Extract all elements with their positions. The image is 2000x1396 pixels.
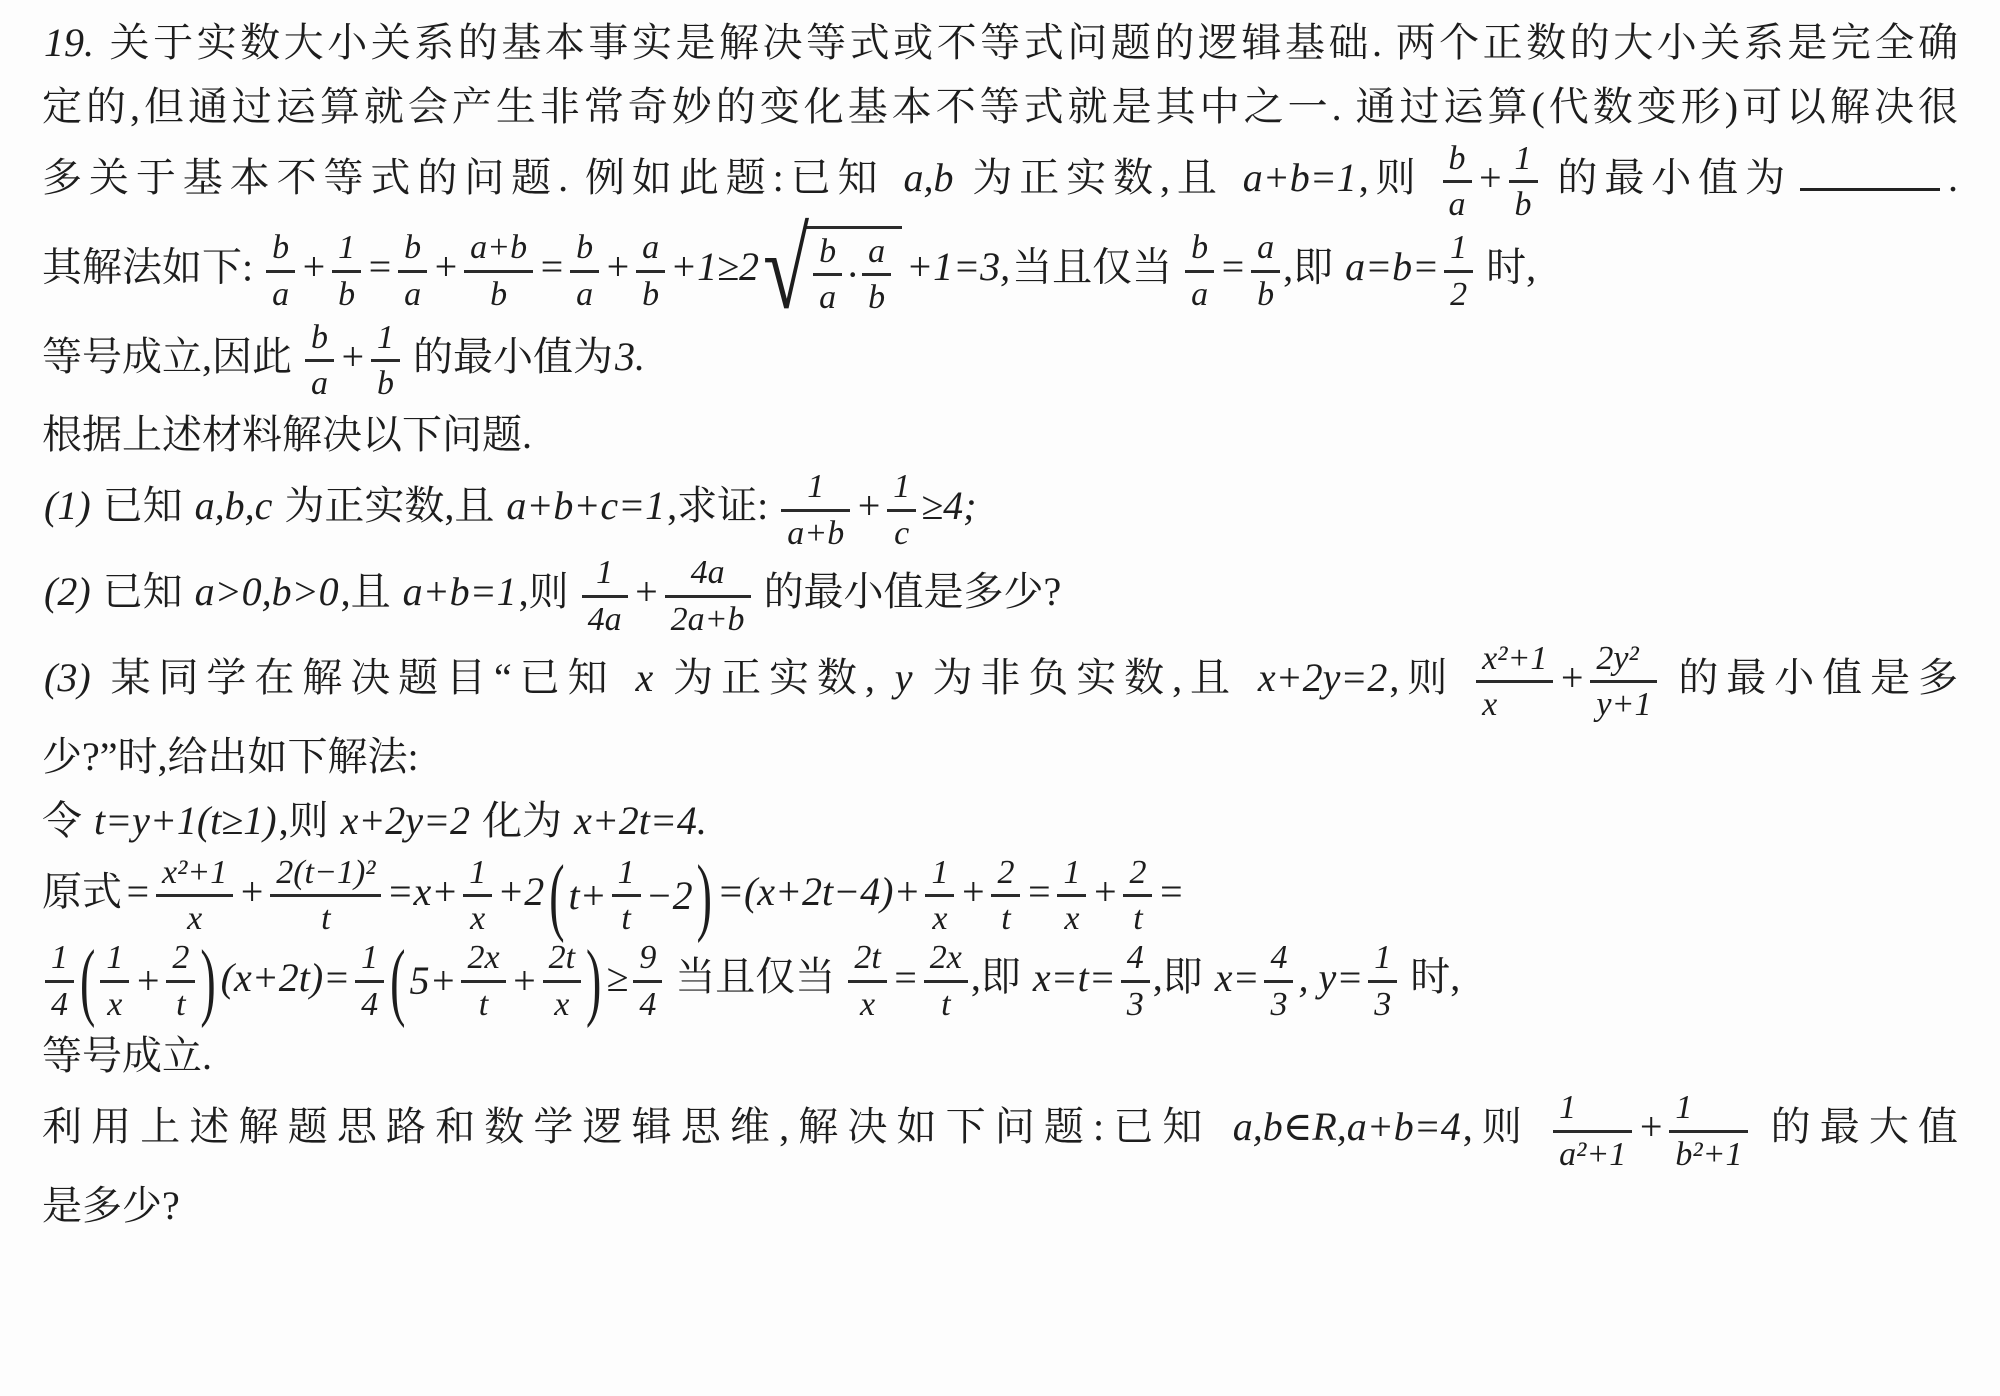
math-text: =: [122, 869, 153, 914]
math-text: +: [631, 569, 662, 614]
cjk-text: ,则: [279, 798, 339, 843]
math-text: +: [1475, 155, 1506, 200]
math-text: t=y+1(t≥1): [92, 798, 279, 843]
numerator: b: [305, 319, 334, 362]
math-text: a+b=1: [1241, 155, 1359, 200]
cjk-text: 的最小值是多: [1660, 655, 1958, 700]
numerator: 1: [332, 229, 361, 272]
numerator: a+b: [464, 229, 533, 272]
math-text: x+2y=2: [339, 798, 473, 843]
fraction: ba: [398, 229, 427, 313]
fraction: 1b: [332, 229, 361, 313]
numerator: 2: [991, 854, 1020, 897]
student-solution-line-3: 14(1x+2t)(x+2t)=14(5+2xt+2tx)≥94 当且仅当 2t…: [42, 939, 1958, 1023]
cjk-text: 为非负实数,且: [915, 655, 1256, 700]
denominator: b: [1509, 183, 1538, 223]
math-text: (x+2t)=: [219, 955, 353, 1000]
math-text: a+b=1: [401, 569, 519, 614]
fraction: 94: [633, 939, 662, 1023]
math-text: , y=: [1296, 955, 1365, 1000]
denominator: 3: [1264, 983, 1293, 1023]
math-text: =x+: [384, 869, 460, 914]
cjk-text: 某同学在解决题目“已知: [93, 655, 634, 700]
denominator: t: [461, 983, 505, 1023]
numerator: 1: [1444, 229, 1473, 272]
denominator: 2: [1444, 273, 1473, 313]
open-paren-icon: (: [388, 938, 407, 1025]
cjk-text: 的最小值为: [403, 334, 613, 379]
denominator: a+b: [781, 512, 850, 552]
cjk-text: 等号成立.: [42, 1033, 212, 1078]
math-text: +: [853, 483, 884, 528]
numerator: 1: [355, 939, 384, 982]
numerator: a: [636, 229, 665, 272]
fraction: 43: [1264, 939, 1293, 1023]
numerator: 2: [166, 939, 195, 982]
square-root: √ba·ab: [763, 226, 902, 317]
cjk-text: ,则: [519, 569, 579, 614]
fraction: a+bb: [464, 229, 533, 313]
denominator: t: [1123, 897, 1152, 937]
denominator: 4: [355, 983, 384, 1023]
radical-icon: √: [763, 214, 809, 327]
math-text: +: [1635, 1104, 1666, 1149]
math-text: +: [1556, 655, 1587, 700]
cjk-text: 关于实数大小关系的基本事实是解决等式或不等式问题的逻辑基础. 两个正数的大小关系…: [96, 20, 1958, 65]
math-text: +: [337, 334, 368, 379]
math-text: +: [957, 869, 988, 914]
denominator: 4: [633, 983, 662, 1023]
fraction: ab: [862, 233, 891, 317]
cjk-text: ,即: [1283, 244, 1343, 289]
fraction: 2(t−1)²t: [270, 854, 381, 938]
math-text: x+2y=2: [1256, 655, 1390, 700]
fraction: 2t: [991, 854, 1020, 938]
fraction: ba: [813, 233, 842, 317]
cjk-text: 利用上述解题思路和数学逻辑思维,解决如下问题:已知: [42, 1104, 1231, 1149]
cjk-text: ,即: [971, 955, 1031, 1000]
numerator: 1: [887, 468, 916, 511]
numerator: b: [1185, 229, 1214, 272]
fraction: 12: [1444, 229, 1473, 313]
denominator: x: [1476, 683, 1553, 723]
numerator: 1: [100, 939, 129, 982]
fraction: 2t: [166, 939, 195, 1023]
cjk-text: 化为: [472, 798, 572, 843]
numerator: 1: [45, 939, 74, 982]
fraction: ab: [1251, 229, 1280, 313]
denominator: c: [887, 512, 916, 552]
math-text: ≥: [604, 955, 630, 1000]
fraction: 14: [355, 939, 384, 1023]
numerator: 1: [1669, 1089, 1748, 1132]
math-text: a+b+c=1: [504, 483, 667, 528]
denominator: b: [371, 362, 400, 402]
numerator: x²+1: [1476, 640, 1553, 683]
math-text: t+: [567, 865, 609, 927]
cjk-text: ,则: [1389, 655, 1473, 700]
fraction: 1b²+1: [1669, 1089, 1748, 1173]
cjk-text: 已知: [93, 483, 193, 528]
denominator: x: [925, 897, 954, 937]
cjk-text: ,即: [1153, 955, 1213, 1000]
final-question-line-1: 利用上述解题思路和数学逻辑思维,解决如下问题:已知 a,b∈R,a+b=4,则 …: [42, 1089, 1958, 1173]
cjk-text: 为正实数,且: [274, 483, 504, 528]
fraction: 2xt: [924, 939, 968, 1023]
fraction: 1c: [887, 468, 916, 552]
math-text: (1): [42, 483, 93, 528]
math-text: (3): [42, 655, 93, 700]
denominator: a: [398, 273, 427, 313]
fraction: 1b: [371, 319, 400, 403]
cjk-text: 的最小值是多少?: [754, 569, 1062, 614]
fraction: 1x: [463, 854, 492, 938]
fraction: ba: [1185, 229, 1214, 313]
math-text: =: [1217, 244, 1248, 289]
numerator: b: [266, 229, 295, 272]
answer-blank: [1800, 157, 1940, 191]
math-text: =: [536, 244, 567, 289]
final-question-line-2: 是多少?: [42, 1175, 1958, 1237]
intro-line-3-example: 多关于基本不等式的问题. 例如此题:已知 a,b 为正实数,且 a+b=1,则 …: [42, 140, 1958, 224]
fraction: 2tx: [848, 939, 886, 1023]
radicand: ba·ab: [804, 226, 902, 317]
question-3-line-2: 少?”时,给出如下解法:: [42, 726, 1958, 788]
numerator: 2(t−1)²: [270, 854, 381, 897]
fraction: 14: [45, 939, 74, 1023]
fraction: 2y²y+1: [1590, 640, 1657, 724]
math-text: x=: [1213, 955, 1262, 1000]
math-text: +: [236, 869, 267, 914]
intro-line-1: 19. 关于实数大小关系的基本事实是解决等式或不等式问题的逻辑基础. 两个正数的…: [42, 12, 1958, 74]
math-text: =(x+2t−4)+: [715, 869, 922, 914]
worked-solution-line-1: 其解法如下: ba+1b=ba+a+bb=ba+ab+1≥2√ba·ab+1=3…: [42, 226, 1958, 317]
open-paren-icon: (: [547, 852, 566, 939]
fraction: ba: [305, 319, 334, 403]
math-text: +: [298, 244, 329, 289]
denominator: x: [463, 897, 492, 937]
denominator: b: [636, 273, 665, 313]
student-solution-line-1: 令 t=y+1(t≥1),则 x+2y=2 化为 x+2t=4.: [42, 790, 1958, 852]
numerator: 1: [463, 854, 492, 897]
cjk-text: ,则: [1463, 1104, 1550, 1149]
cjk-text: 为正实数,且: [955, 155, 1240, 200]
denominator: b: [862, 276, 891, 316]
numerator: 1: [1368, 939, 1397, 982]
numerator: 2x: [924, 939, 968, 982]
denominator: x: [156, 897, 233, 937]
math-text: +: [1089, 869, 1120, 914]
math-text: 3.: [613, 334, 647, 379]
math-text: 5+: [407, 950, 458, 1012]
student-solution-line-2: 原式=x²+1x+2(t−1)²t=x+1x+2(t+1t−2)=(x+2t−4…: [42, 854, 1958, 938]
math-problem-document: 19. 关于实数大小关系的基本事实是解决等式或不等式问题的逻辑基础. 两个正数的…: [0, 0, 2000, 1396]
cjk-text: 的最小值为: [1541, 155, 1793, 200]
denominator: b: [332, 273, 361, 313]
numerator: 4a: [665, 554, 751, 597]
denominator: b: [1251, 273, 1280, 313]
cjk-text: 等号成立,因此: [42, 334, 302, 379]
fraction: 14a: [582, 554, 628, 638]
fraction: 1x: [925, 854, 954, 938]
close-paren-icon: ): [584, 938, 603, 1025]
denominator: 2a+b: [665, 598, 751, 638]
close-paren-icon: ): [198, 938, 217, 1025]
math-text: +: [602, 244, 633, 289]
question-2: (2) 已知 a>0,b>0,且 a+b=1,则 14a+4a2a+b 的最小值…: [42, 554, 1958, 638]
cjk-text: 时,: [1476, 244, 1536, 289]
math-text: a>0,b>0: [193, 569, 341, 614]
numerator: 2x: [461, 939, 505, 982]
math-text: 19.: [42, 20, 96, 65]
cjk-text: 的最大值: [1751, 1104, 1958, 1149]
denominator: a: [570, 273, 599, 313]
math-text: +1≥2: [668, 244, 761, 289]
fraction: ba: [570, 229, 599, 313]
fraction: x²+1x: [156, 854, 233, 938]
open-paren-icon: (: [78, 938, 97, 1025]
math-text: +2: [495, 869, 546, 914]
cjk-text: 是多少?: [42, 1183, 180, 1228]
fraction: 43: [1121, 939, 1150, 1023]
denominator: 3: [1368, 983, 1397, 1023]
cjk-text: ,则: [1359, 155, 1440, 200]
denominator: t: [270, 897, 381, 937]
math-text: +1=3,: [904, 244, 1012, 289]
numerator: 4: [1264, 939, 1293, 982]
denominator: y+1: [1590, 683, 1657, 723]
math-text: +: [509, 950, 540, 1012]
numerator: 1: [582, 554, 628, 597]
numerator: 1: [1553, 1089, 1632, 1132]
math-text: x+2t=4.: [572, 798, 709, 843]
math-text: −2: [644, 865, 695, 927]
numerator: 1: [781, 468, 850, 511]
intro-line-2: 定的,但通过运算就会产生非常奇妙的变化基本不等式就是其中之一. 通过运算(代数变…: [42, 76, 1958, 138]
fraction: ba: [266, 229, 295, 313]
denominator: 4: [45, 983, 74, 1023]
denominator: x: [1057, 897, 1086, 937]
math-text: +: [430, 244, 461, 289]
question-1: (1) 已知 a,b,c 为正实数,且 a+b+c=1,求证: 1a+b+1c≥…: [42, 468, 1958, 552]
fraction: 13: [1368, 939, 1397, 1023]
denominator: a: [1443, 183, 1472, 223]
fraction: 1a²+1: [1553, 1089, 1632, 1173]
math-text: =: [364, 244, 395, 289]
fraction: ab: [636, 229, 665, 313]
math-text: =: [890, 955, 921, 1000]
fraction: 1t: [612, 854, 641, 938]
numerator: b: [1443, 140, 1472, 183]
cjk-text: 当且仅当: [665, 955, 845, 1000]
fraction: 4a2a+b: [665, 554, 751, 638]
math-text: ≥4;: [919, 483, 978, 528]
numerator: 2t: [543, 939, 581, 982]
cjk-text: 少?”时,给出如下解法:: [42, 734, 419, 779]
cjk-text: ,且: [341, 569, 401, 614]
fraction: 1x: [1057, 854, 1086, 938]
numerator: 2y²: [1590, 640, 1657, 683]
numerator: b: [813, 233, 842, 276]
numerator: a: [1251, 229, 1280, 272]
cjk-text: 原式: [42, 869, 122, 914]
denominator: x: [848, 983, 886, 1023]
denominator: 4a: [582, 598, 628, 638]
math-text: x: [633, 655, 655, 700]
cjk-text: 令: [42, 798, 92, 843]
cjk-text: 为正实数,: [655, 655, 893, 700]
parenthesized-group: (5+2xt+2tx): [388, 939, 603, 1023]
numerator: b: [398, 229, 427, 272]
numerator: 2: [1123, 854, 1152, 897]
math-text: =: [1155, 869, 1186, 914]
denominator: b: [464, 273, 533, 313]
cjk-text: 多关于基本不等式的问题. 例如此题:已知: [42, 155, 901, 200]
fraction: 1a+b: [781, 468, 850, 552]
math-text: +: [132, 950, 163, 1012]
fraction: ba: [1443, 140, 1472, 224]
math-text: =: [1023, 869, 1054, 914]
denominator: t: [924, 983, 968, 1023]
numerator: 1: [371, 319, 400, 362]
math-text: (2): [42, 569, 93, 614]
cjk-text: 当且仅当: [1012, 244, 1182, 289]
fraction: x²+1x: [1476, 640, 1553, 724]
math-text: x=t=: [1031, 955, 1118, 1000]
math-text: y: [893, 655, 915, 700]
numerator: 9: [633, 939, 662, 982]
cjk-text: ,求证:: [667, 483, 778, 528]
cjk-text: 定的,但通过运算就会产生非常奇妙的变化基本不等式就是其中之一. 通过运算(代数变…: [42, 84, 1958, 129]
cjk-text: 其解法如下:: [42, 244, 263, 289]
cjk-text: 已知: [93, 569, 193, 614]
denominator: t: [612, 897, 641, 937]
math-text: ·: [845, 244, 859, 306]
numerator: 1: [612, 854, 641, 897]
cjk-text: 根据上述材料解决以下问题.: [42, 412, 532, 457]
student-solution-line-4: 等号成立.: [42, 1025, 1958, 1087]
parenthesized-group: (1x+2t): [78, 939, 218, 1023]
worked-solution-line-2: 等号成立,因此 ba+1b 的最小值为3.: [42, 319, 1958, 403]
denominator: b²+1: [1669, 1133, 1748, 1173]
math-text: a,b: [901, 155, 955, 200]
numerator: 2t: [848, 939, 886, 982]
denominator: x: [100, 983, 129, 1023]
problem-text-block: 19. 关于实数大小关系的基本事实是解决等式或不等式问题的逻辑基础. 两个正数的…: [42, 12, 1958, 1237]
fraction: 2t: [1123, 854, 1152, 938]
cjk-text: 时,: [1400, 955, 1460, 1000]
denominator: a: [813, 276, 842, 316]
close-paren-icon: ): [695, 852, 714, 939]
math-text: a=b=: [1343, 244, 1441, 289]
fraction: 2xt: [461, 939, 505, 1023]
numerator: 1: [1509, 140, 1538, 183]
denominator: a: [1185, 273, 1214, 313]
instruction-line: 根据上述材料解决以下问题.: [42, 404, 1958, 466]
parenthesized-group: (t+1t−2): [547, 854, 714, 938]
denominator: a²+1: [1553, 1133, 1632, 1173]
fraction: 1b: [1509, 140, 1538, 224]
math-text: a,b,c: [193, 483, 275, 528]
numerator: x²+1: [156, 854, 233, 897]
numerator: 1: [1057, 854, 1086, 897]
question-3-line-1: (3) 某同学在解决题目“已知 x 为正实数, y 为非负实数,且 x+2y=2…: [42, 640, 1958, 724]
denominator: x: [543, 983, 581, 1023]
denominator: t: [166, 983, 195, 1023]
denominator: a: [305, 362, 334, 402]
fraction: 1x: [100, 939, 129, 1023]
numerator: a: [862, 233, 891, 276]
numerator: 4: [1121, 939, 1150, 982]
fraction: 2tx: [543, 939, 581, 1023]
numerator: 1: [925, 854, 954, 897]
denominator: a: [266, 273, 295, 313]
math-text: a,b∈R,a+b=4: [1231, 1104, 1463, 1149]
denominator: t: [991, 897, 1020, 937]
numerator: b: [570, 229, 599, 272]
cjk-text: .: [1948, 155, 1958, 200]
denominator: 3: [1121, 983, 1150, 1023]
